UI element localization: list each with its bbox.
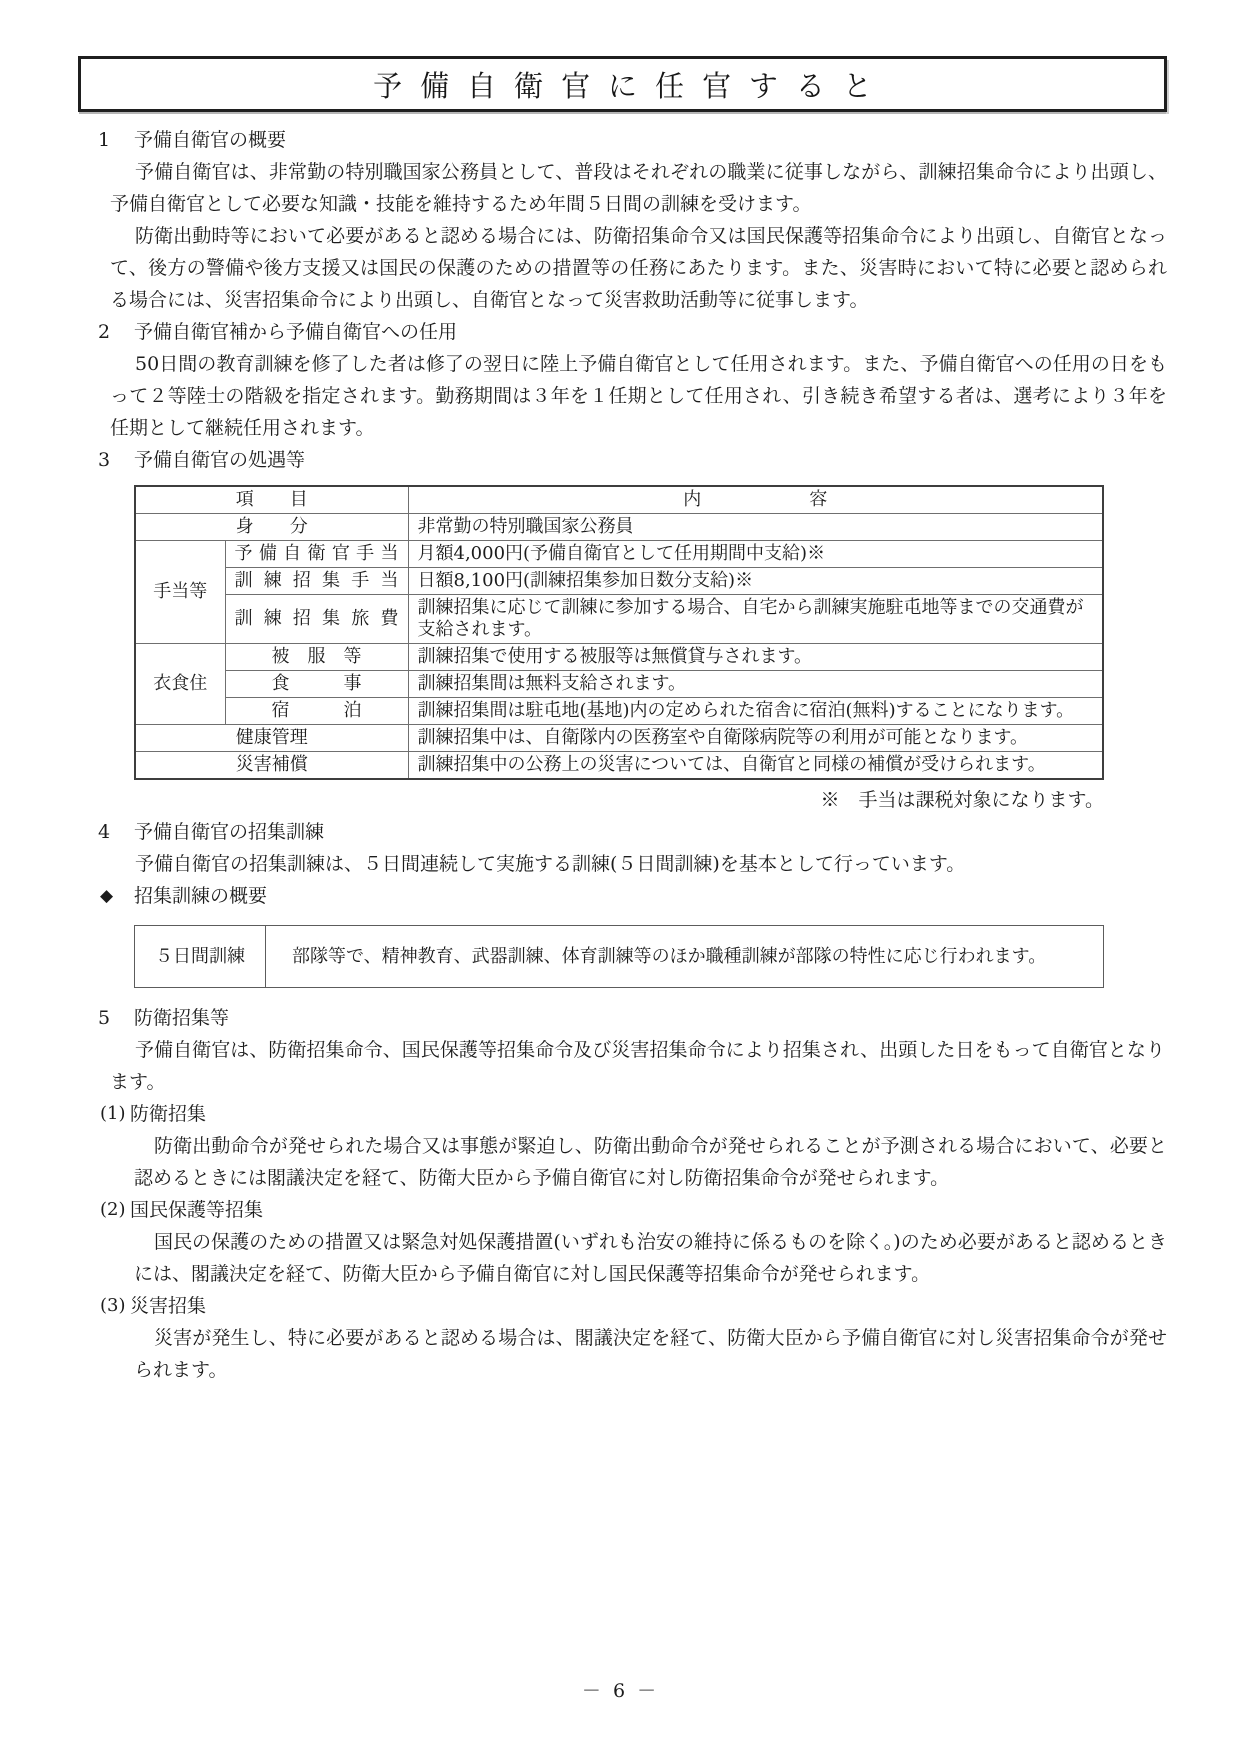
- row-content: 月額4,000円(予備自衛官として任用期間中支給)※: [408, 541, 1103, 568]
- header-item: 項 目: [135, 486, 408, 514]
- header-content: 内 容: [408, 486, 1103, 514]
- section-5: 5 防衛招集等 予備自衛官は、防衛招集命令、国民保護等招集命令及び災害招集命令に…: [78, 1002, 1167, 1386]
- subsection-disaster-call: (3) 災害招集 災害が発生し、特に必要があると認める場合は、閣議決定を経て、防…: [78, 1290, 1167, 1386]
- section-2-heading: 2 予備自衛官補から予備自衛官への任用: [98, 316, 1167, 348]
- row-content: 訓練招集中は、自衛隊内の医務室や自衛隊病院等の利用が可能となります。: [408, 725, 1103, 752]
- row-content: 訓練招集間は無料支給されます。: [408, 671, 1103, 698]
- section-title: 予備自衛官補から予備自衛官への任用: [134, 316, 457, 348]
- section-number: 2: [98, 316, 134, 348]
- section-number: 5: [98, 1002, 134, 1034]
- paragraph: 予備自衛官は、非常勤の特別職国家公務員として、普段はそれぞれの職業に従事しながら…: [110, 156, 1167, 220]
- page-content: 予備自衛官に任官すると 1 予備自衛官の概要 予備自衛官は、非常勤の特別職国家公…: [0, 0, 1241, 1386]
- training-content: 部隊等で、精神教育、武器訓練、体育訓練等のほか職種訓練が部隊の特性に応じ行われま…: [266, 926, 1104, 988]
- section-1-heading: 1 予備自衛官の概要: [98, 124, 1167, 156]
- table-row-allowance-3: 訓練招集旅費 訓練招集に応じて訓練に参加する場合、自宅から訓練実施駐屯地等までの…: [135, 595, 1103, 644]
- training-table: ５日間訓練 部隊等で、精神教育、武器訓練、体育訓練等のほか職種訓練が部隊の特性に…: [134, 925, 1104, 988]
- group-label-allowance: 手当等: [135, 541, 225, 644]
- subsection-number: (3): [100, 1290, 130, 1322]
- subsection-body: 災害が発生し、特に必要があると認める場合は、閣議決定を経て、防衛大臣から予備自衛…: [134, 1322, 1167, 1386]
- section-title: 防衛招集等: [134, 1002, 229, 1034]
- subsection-number: (2): [100, 1194, 130, 1226]
- row-label: 宿 泊: [225, 698, 408, 725]
- subsection-heading: (2) 国民保護等招集: [100, 1194, 1167, 1226]
- row-content: 非常勤の特別職国家公務員: [408, 514, 1103, 541]
- section-3: 3 予備自衛官の処遇等 項 目 内 容 身 分 非常勤の特別職国家公務員 手当等…: [78, 444, 1167, 816]
- subsection-title: 災害招集: [130, 1290, 206, 1322]
- subsection-heading: (1) 防衛招集: [100, 1098, 1167, 1130]
- row-label: 予備自衛官手当: [225, 541, 408, 568]
- subsection-civil-protection-call: (2) 国民保護等招集 国民の保護のための措置又は緊急対処保護措置(いずれも治安…: [78, 1194, 1167, 1290]
- training-label: ５日間訓練: [135, 926, 266, 988]
- section-number: 3: [98, 444, 134, 476]
- subsection-body: 防衛出動命令が発せられた場合又は事態が緊迫し、防衛出動命令が発せられることが予測…: [134, 1130, 1167, 1194]
- table-row-clothing: 衣食住 被 服 等 訓練招集で使用する被服等は無償貸与されます。: [135, 644, 1103, 671]
- subsection-defense-call: (1) 防衛招集 防衛出動命令が発せられた場合又は事態が緊迫し、防衛出動命令が発…: [78, 1098, 1167, 1194]
- subsection-title: 防衛招集: [130, 1098, 206, 1130]
- paragraph: 予備自衛官の招集訓練は、５日間連続して実施する訓練(５日間訓練)を基本として行っ…: [110, 848, 1167, 880]
- table-row-status: 身 分 非常勤の特別職国家公務員: [135, 514, 1103, 541]
- table-row-compensation: 災害補償 訓練招集中の公務上の災害については、自衛官と同様の補償が受けられます。: [135, 752, 1103, 780]
- section-title: 予備自衛官の招集訓練: [134, 816, 324, 848]
- row-label: 災害補償: [135, 752, 408, 780]
- row-label: 身 分: [135, 514, 408, 541]
- bullet-title: 招集訓練の概要: [134, 880, 267, 912]
- row-content: 訓練招集中の公務上の災害については、自衛官と同様の補償が受けられます。: [408, 752, 1103, 780]
- row-label: 訓練招集手当: [225, 568, 408, 595]
- treatment-table: 項 目 内 容 身 分 非常勤の特別職国家公務員 手当等 予備自衛官手当 月額4…: [134, 485, 1104, 780]
- section-title: 予備自衛官の概要: [134, 124, 286, 156]
- section-number: 4: [98, 816, 134, 848]
- paragraph: 予備自衛官は、防衛招集命令、国民保護等招集命令及び災害招集命令により招集され、出…: [110, 1034, 1165, 1098]
- tax-note: ※ 手当は課税対象になります。: [78, 784, 1104, 816]
- table-header-row: 項 目 内 容: [135, 486, 1103, 514]
- bullet-heading: ◆ 招集訓練の概要: [100, 880, 1167, 912]
- table-row-allowance-2: 訓練招集手当 日額8,100円(訓練招集参加日数分支給)※: [135, 568, 1103, 595]
- subsection-number: (1): [100, 1098, 130, 1130]
- training-table-row: ５日間訓練 部隊等で、精神教育、武器訓練、体育訓練等のほか職種訓練が部隊の特性に…: [135, 926, 1104, 988]
- group-label-living: 衣食住: [135, 644, 225, 725]
- title-box: 予備自衛官に任官すると: [78, 56, 1167, 112]
- section-4: 4 予備自衛官の招集訓練 予備自衛官の招集訓練は、５日間連続して実施する訓練(５…: [78, 816, 1167, 988]
- row-label: 訓練招集旅費: [225, 595, 408, 644]
- row-label: 食 事: [225, 671, 408, 698]
- section-title: 予備自衛官の処遇等: [134, 444, 305, 476]
- table-row-lodging: 宿 泊 訓練招集間は駐屯地(基地)内の定められた宿舎に宿泊(無料)することになり…: [135, 698, 1103, 725]
- paragraph: 50日間の教育訓練を修了した者は修了の翌日に陸上予備自衛官として任用されます。ま…: [110, 348, 1167, 444]
- page-title: 予備自衛官に任官すると: [355, 64, 890, 105]
- row-content: 訓練招集間は駐屯地(基地)内の定められた宿舎に宿泊(無料)することになります。: [408, 698, 1103, 725]
- section-2: 2 予備自衛官補から予備自衛官への任用 50日間の教育訓練を修了した者は修了の翌…: [78, 316, 1167, 444]
- row-content: 訓練招集で使用する被服等は無償貸与されます。: [408, 644, 1103, 671]
- section-5-heading: 5 防衛招集等: [98, 1002, 1167, 1034]
- subsection-body: 国民の保護のための措置又は緊急対処保護措置(いずれも治安の維持に係るものを除く。…: [134, 1226, 1167, 1290]
- row-label: 被 服 等: [225, 644, 408, 671]
- table-row-health: 健康管理 訓練招集中は、自衛隊内の医務室や自衛隊病院等の利用が可能となります。: [135, 725, 1103, 752]
- diamond-icon: ◆: [100, 880, 134, 912]
- section-1: 1 予備自衛官の概要 予備自衛官は、非常勤の特別職国家公務員として、普段はそれぞ…: [78, 124, 1167, 316]
- section-number: 1: [98, 124, 134, 156]
- section-3-heading: 3 予備自衛官の処遇等: [98, 444, 1167, 476]
- section-4-heading: 4 予備自衛官の招集訓練: [98, 816, 1167, 848]
- table-row-allowance-1: 手当等 予備自衛官手当 月額4,000円(予備自衛官として任用期間中支給)※: [135, 541, 1103, 568]
- subsection-title: 国民保護等招集: [130, 1194, 263, 1226]
- paragraph: 防衛出動時等において必要があると認める場合には、防衛招集命令又は国民保護等招集命…: [110, 220, 1167, 316]
- document-page: { "title_box": { "title": "予備自衛官に任官すると" …: [0, 0, 1241, 1754]
- subsection-heading: (3) 災害招集: [100, 1290, 1167, 1322]
- table-row-meals: 食 事 訓練招集間は無料支給されます。: [135, 671, 1103, 698]
- row-content: 日額8,100円(訓練招集参加日数分支給)※: [408, 568, 1103, 595]
- row-label: 健康管理: [135, 725, 408, 752]
- row-content: 訓練招集に応じて訓練に参加する場合、自宅から訓練実施駐屯地等までの交通費が支給さ…: [408, 595, 1103, 644]
- page-number: － 6 －: [0, 1676, 1241, 1703]
